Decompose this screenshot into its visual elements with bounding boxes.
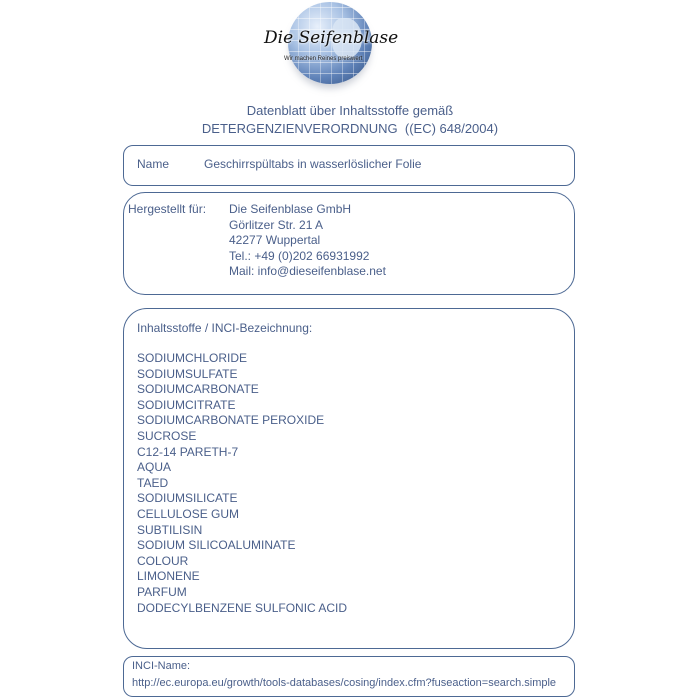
logo-title: Die Seifenblase xyxy=(264,28,404,48)
list-item: CELLULOSE GUM xyxy=(137,507,347,523)
list-item: AQUA xyxy=(137,460,347,476)
ingredients-box: Inhaltsstoffe / INCI-Bezeichnung: SODIUM… xyxy=(123,308,575,649)
document-title-line-1: Datenblatt über Inhaltsstoffe gemäß xyxy=(0,103,700,118)
list-item: TAED xyxy=(137,476,347,492)
street: Görlitzer Str. 21 A xyxy=(229,218,386,234)
list-item: PARFUM xyxy=(137,585,347,601)
list-item: SODIUMSULFATE xyxy=(137,367,347,383)
name-label: Name xyxy=(137,157,169,171)
email: Mail: info@dieseifenblase.net xyxy=(229,264,386,280)
inci-url-link[interactable]: http://ec.europa.eu/growth/tools-databas… xyxy=(132,677,556,689)
manufacturer-label: Hergestellt für: xyxy=(128,202,206,216)
phone: Tel.: +49 (0)202 66931992 xyxy=(229,249,386,265)
list-item: LIMONENE xyxy=(137,569,347,585)
manufacturer-address: Die Seifenblase GmbH Görlitzer Str. 21 A… xyxy=(229,202,386,280)
ingredients-list: SODIUMCHLORIDE SODIUMSULFATE SODIUMCARBO… xyxy=(137,351,347,616)
list-item: SODIUMCARBONATE xyxy=(137,382,347,398)
document-title-line-2: DETERGENZIENVERORDNUNG ((EC) 648/2004) xyxy=(0,121,700,136)
list-item: DODECYLBENZENE SULFONIC ACID xyxy=(137,601,347,617)
list-item: COLOUR xyxy=(137,554,347,570)
list-item: C12-14 PARETH-7 xyxy=(137,445,347,461)
logo-slogan: Wir machen Reines preiswert xyxy=(284,56,362,62)
city: 42277 Wuppertal xyxy=(229,233,386,249)
list-item: SODIUMSILICATE xyxy=(137,491,347,507)
company-name: Die Seifenblase GmbH xyxy=(229,202,386,218)
product-name-box: Name Geschirrspültabs in wasserlöslicher… xyxy=(123,145,575,186)
company-logo: Die Seifenblase Wir machen Reines preisw… xyxy=(262,0,402,88)
product-name: Geschirrspültabs in wasserlöslicher Foli… xyxy=(204,157,421,171)
list-item: SUCROSE xyxy=(137,429,347,445)
ingredients-title: Inhaltsstoffe / INCI-Bezeichnung: xyxy=(137,321,312,335)
list-item: SODIUMCARBONATE PEROXIDE xyxy=(137,413,347,429)
inci-reference-box: INCI-Name: http://ec.europa.eu/growth/to… xyxy=(123,656,575,697)
list-item: SODIUMCITRATE xyxy=(137,398,347,414)
list-item: SODIUMCHLORIDE xyxy=(137,351,347,367)
manufacturer-box: Hergestellt für: Die Seifenblase GmbH Gö… xyxy=(123,192,575,295)
list-item: SODIUM SILICOALUMINATE xyxy=(137,538,347,554)
inci-label: INCI-Name: xyxy=(132,660,190,672)
list-item: SUBTILISIN xyxy=(137,523,347,539)
